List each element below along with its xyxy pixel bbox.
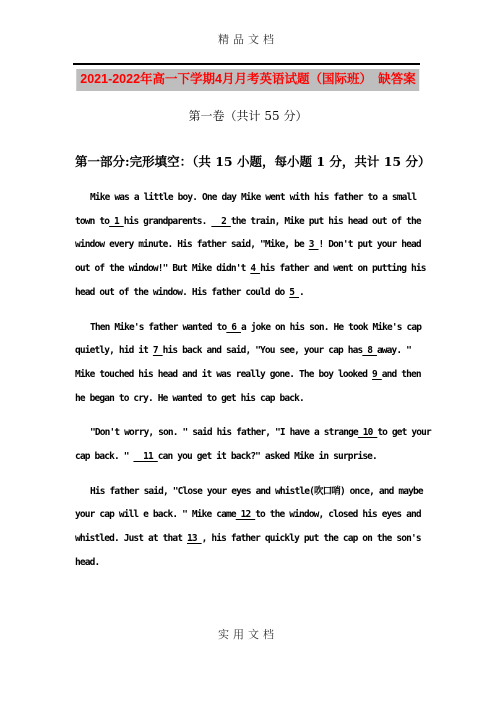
- section-heading: 第一部分:完形填空：（共 15 小题，每小题 1 分，共计 15 分）: [75, 152, 430, 170]
- footer-watermark: 实用文档: [0, 626, 496, 642]
- passage-line: he began to cry. He wanted to get his ca…: [75, 387, 423, 411]
- passage-text: the train, Mike put his head out of the: [231, 216, 421, 227]
- passage-text: to the window, closed his eyes and: [255, 509, 421, 520]
- passage-line: quietly, hid it 7 his back and said, "Yo…: [75, 339, 423, 363]
- passage-text: Mike was a little boy. One day Mike went…: [90, 192, 416, 203]
- cloze-blank: 1: [109, 216, 124, 227]
- passage-line: cap back. " 11 can you get it back?" ask…: [75, 445, 423, 469]
- passage-text: town to: [75, 216, 109, 227]
- passage-text: to get your: [377, 427, 431, 438]
- volume-heading: 第一卷（共计 55 分）: [0, 107, 496, 124]
- passage-text: his back and said, "You see, your cap ha…: [163, 345, 363, 356]
- passage-line: head out of the window. His father could…: [75, 281, 423, 305]
- document-page: { "page": { "header_watermark": "精品文档", …: [0, 0, 496, 702]
- passage-text: window every minute. His father said, "M…: [75, 239, 309, 250]
- passage: Mike was a little boy. One day Mike went…: [75, 186, 423, 586]
- paragraph: Mike was a little boy. One day Mike went…: [75, 186, 423, 305]
- passage-line: out of the window!" But Mike didn't 4 hi…: [75, 257, 423, 281]
- passage-line: Mike touched his head and it was really …: [75, 363, 423, 387]
- passage-text: whistled. Just at that: [75, 533, 187, 544]
- passage-text: head.: [75, 557, 99, 568]
- passage-text: , his father quickly put the cap on the …: [202, 533, 421, 544]
- passage-line: "Don't worry, son. " said his father, "I…: [75, 421, 423, 445]
- passage-line: town to 1 his grandparents. 2 the train,…: [75, 210, 423, 234]
- passage-text: out of the window!" But Mike didn't: [75, 263, 250, 274]
- passage-text: and then: [382, 369, 421, 380]
- passage-line: whistled. Just at that 13 , his father q…: [75, 527, 423, 551]
- cloze-blank: 7: [153, 345, 163, 356]
- passage-text: his father and went on putting his: [260, 263, 426, 274]
- passage-text: a joke on his son. He took Mike's cap: [241, 322, 421, 333]
- paragraph: "Don't worry, son. " said his father, "I…: [75, 421, 423, 468]
- cloze-blank: 2: [211, 216, 230, 227]
- cloze-blank: 13: [187, 533, 202, 544]
- header-watermark: 精品文档: [0, 31, 496, 47]
- passage-text: "Don't worry, son. " said his father, "I…: [90, 427, 358, 438]
- passage-line: Then Mike's father wanted to 6 a joke on…: [75, 316, 423, 340]
- cloze-blank: 6: [226, 322, 241, 333]
- paragraph: His father said, "Close your eyes and wh…: [75, 480, 423, 575]
- passage-line: Mike was a little boy. One day Mike went…: [75, 186, 423, 210]
- passage-text: His father said, "Close your eyes and wh…: [90, 486, 423, 497]
- passage-text: your cap will e back. " Mike came: [75, 509, 236, 520]
- cloze-blank: 12: [236, 509, 255, 520]
- cloze-blank: 8: [362, 345, 377, 356]
- passage-text: ! Don't put your head: [319, 239, 421, 250]
- passage-line: your cap will e back. " Mike came 12 to …: [75, 503, 423, 527]
- passage-text: can you get it back?" asked Mike in surp…: [158, 451, 377, 462]
- passage-text: quietly, hid it: [75, 345, 153, 356]
- cloze-blank: 11: [133, 451, 157, 462]
- paragraph: Then Mike's father wanted to 6 a joke on…: [75, 316, 423, 411]
- horizontal-rule: [73, 63, 420, 65]
- passage-line: window every minute. His father said, "M…: [75, 233, 423, 257]
- passage-text: away. ": [377, 345, 411, 356]
- cloze-blank: 10: [358, 427, 377, 438]
- cloze-blank: 4: [250, 263, 260, 274]
- document-title: 2021-2022年高一下学期4月月考英语试题（国际班） 缺答案: [76, 69, 419, 91]
- passage-text: he began to cry. He wanted to get his ca…: [75, 393, 304, 404]
- cloze-blank: 5: [289, 287, 299, 298]
- passage-line: His father said, "Close your eyes and wh…: [75, 480, 423, 504]
- passage-text: his grandparents.: [124, 216, 212, 227]
- cloze-blank: 3: [309, 239, 319, 250]
- passage-text: Mike touched his head and it was really …: [75, 369, 372, 380]
- passage-line: head.: [75, 551, 423, 575]
- passage-text: .: [299, 287, 304, 298]
- cloze-blank: 9: [372, 369, 382, 380]
- passage-text: head out of the window. His father could…: [75, 287, 289, 298]
- passage-text: cap back. ": [75, 451, 133, 462]
- passage-text: Then Mike's father wanted to: [90, 322, 226, 333]
